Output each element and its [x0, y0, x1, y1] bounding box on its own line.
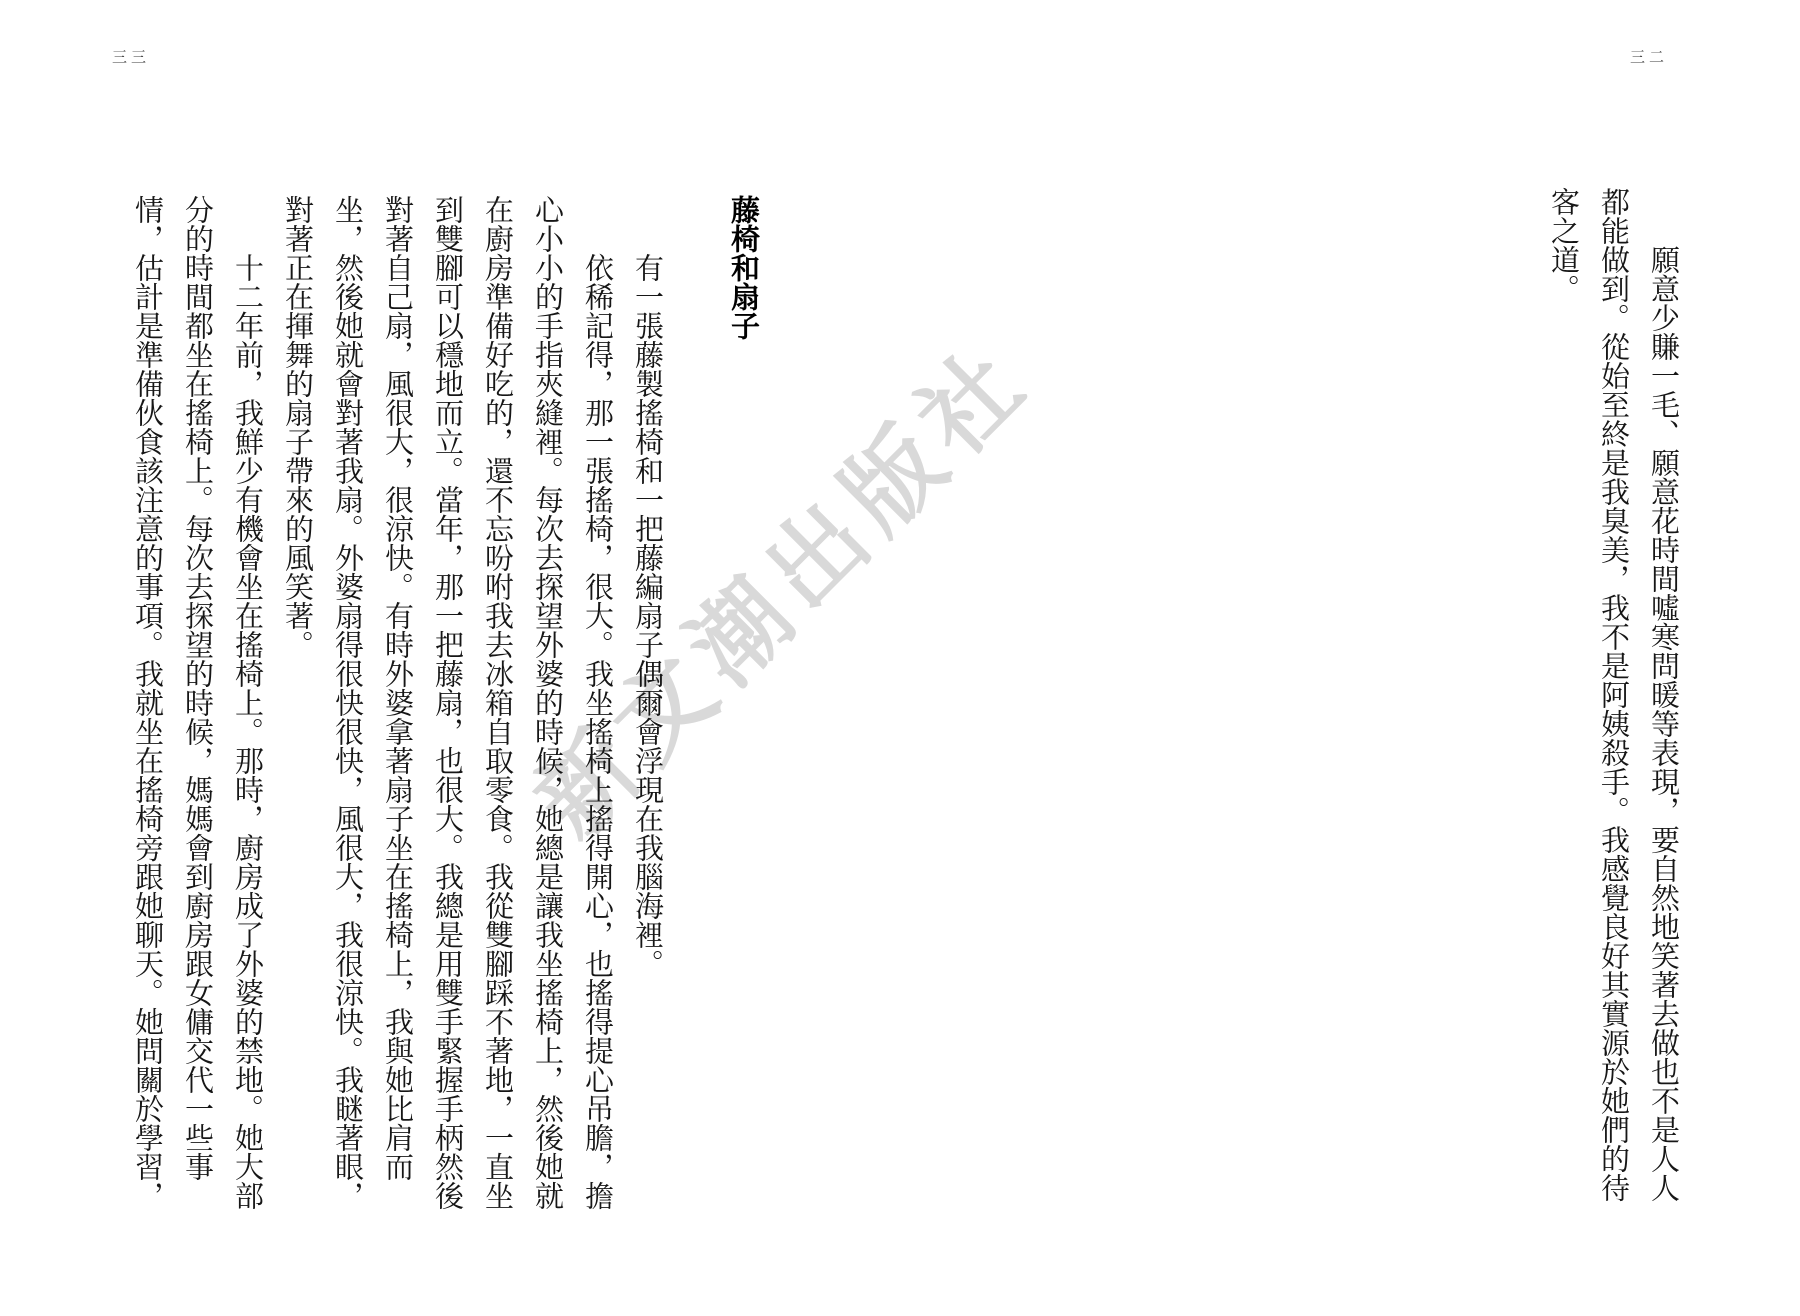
paragraph: 有一張藤製搖椅和一把藤編扇子偶爾會浮現在我腦海裡。 [622, 195, 672, 1211]
chapter-title: 藤椅和扇子 [718, 195, 768, 1211]
page-number-left: 三三 [112, 46, 150, 67]
book-spread: 新文潮出版社 三二 願意少賺一毛、願意花時間噓寒問暖等表現，要自然地笑著去做也不… [0, 0, 1800, 1316]
page-right-text-block: 願意少賺一毛、願意花時間噓寒問暖等表現，要自然地笑著去做也不是人人都能做到。從始… [1538, 187, 1688, 1203]
paragraph: 願意少賺一毛、願意花時間噓寒問暖等表現，要自然地笑著去做也不是人人都能做到。從始… [1538, 187, 1688, 1203]
paragraph: 依稀記得，那一張搖椅，很大。我坐搖椅上搖得開心，也搖得提心吊膽，擔心小小的手指夾… [272, 195, 622, 1211]
page-left-text-block: 藤椅和扇子 有一張藤製搖椅和一把藤編扇子偶爾會浮現在我腦海裡。 依稀記得，那一張… [122, 195, 768, 1211]
page-number-right: 三二 [1630, 46, 1668, 67]
paragraph: 十二年前，我鮮少有機會坐在搖椅上。那時，廚房成了外婆的禁地。她大部分的時間都坐在… [122, 195, 272, 1211]
